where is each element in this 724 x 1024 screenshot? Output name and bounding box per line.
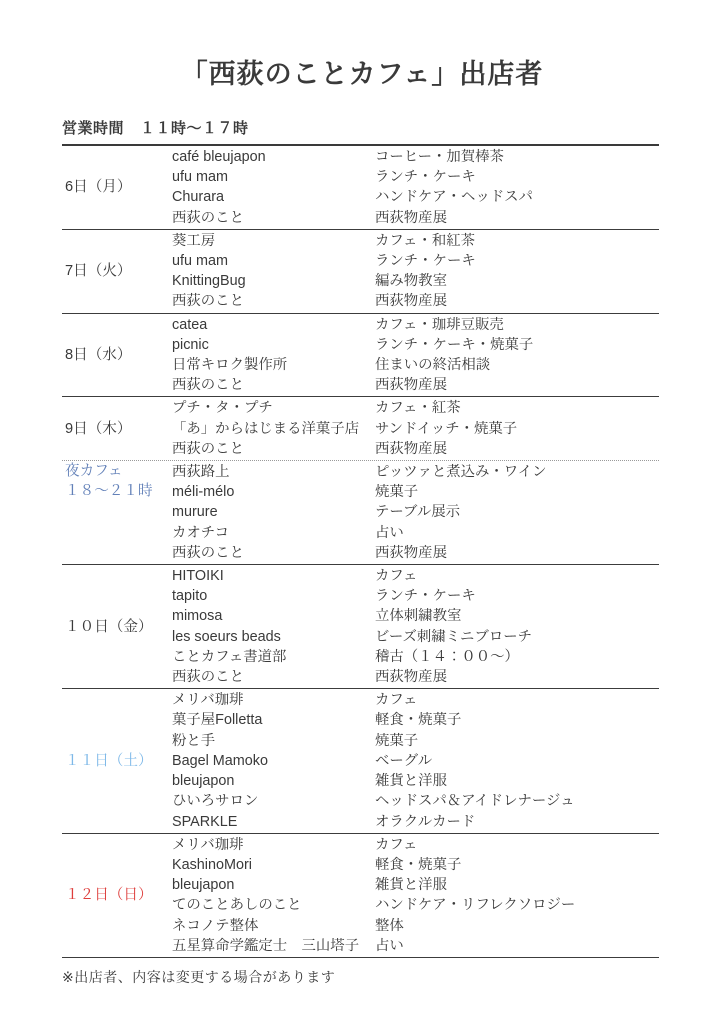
schedule-section-sun12: １２日（日） メリバ珈琲 カフェ KashinoMori 軽食・焼菓子 bleu… (62, 834, 659, 958)
vendor-row: ひいろサロン ヘッドスパ＆アイドレナージュ (172, 791, 659, 811)
vendor-row: café bleujapon コーヒー・加賀棒茶 (172, 147, 659, 167)
schedule-section-thu9: 9日（木） プチ・タ・プチ カフェ・紅茶 「あ」からはじまる洋菓子店 サンドイッ… (62, 397, 659, 461)
vendor-rows: catea カフェ・珈琲豆販売 picnic ランチ・ケーキ・焼菓子 日常キロク… (172, 314, 659, 397)
vendor-name: KnittingBug (172, 271, 375, 291)
date-label: 9日（木） (62, 419, 172, 439)
vendor-row: HITOIKI カフェ (172, 566, 659, 586)
vendor-row: 西荻路上 ピッツァと煮込み・ワイン (172, 462, 659, 482)
hours-label: 営業時間 (62, 120, 124, 137)
vendor-row: 西荻のこと 西荻物産展 (172, 667, 659, 687)
vendor-row: てのことあしのこと ハンドケア・リフレクソロジー (172, 895, 659, 915)
vendor-offering: ビーズ刺繍ミニブローチ (375, 627, 659, 647)
vendor-rows: メリバ珈琲 カフェ 菓子屋Folletta 軽食・焼菓子 粉と手 焼菓子 Bag… (172, 689, 659, 832)
vendor-offering: 編み物教室 (375, 271, 659, 291)
vendor-row: mimosa 立体刺繍教室 (172, 606, 659, 626)
vendor-name: 西荻のこと (172, 439, 375, 459)
vendor-offering: 西荻物産展 (375, 439, 659, 459)
vendor-row: murure テーブル展示 (172, 502, 659, 522)
date-cell: 7日（火） (62, 230, 172, 313)
date-cell: 8日（水） (62, 314, 172, 397)
date-label: １２日（日） (62, 885, 172, 905)
vendor-name: 西荻のこと (172, 291, 375, 311)
vendor-name: ufu mam (172, 167, 375, 187)
page-title: 「西荻のことカフェ」出店者 (0, 0, 724, 91)
vendor-name: カオチコ (172, 523, 375, 543)
vendor-offering: ランチ・ケーキ・焼菓子 (375, 335, 659, 355)
vendor-name: HITOIKI (172, 566, 375, 586)
vendor-name: てのことあしのこと (172, 895, 375, 915)
vendor-name: 西荻のこと (172, 543, 375, 563)
vendor-name: 日常キロク製作所 (172, 355, 375, 375)
date-cell: 夜カフェ １８～２１時 (62, 461, 172, 564)
vendor-name: ufu mam (172, 251, 375, 271)
vendor-row: ことカフェ書道部 稽古（１４：００～） (172, 647, 659, 667)
vendor-row: ufu mam ランチ・ケーキ (172, 167, 659, 187)
date-label: 7日（火） (62, 261, 172, 281)
vendor-row: 日常キロク製作所 住まいの終活相談 (172, 355, 659, 375)
schedule-section-mon6: 6日（月） café bleujapon コーヒー・加賀棒茶 ufu mam ラ… (62, 146, 659, 230)
vendor-offering: カフェ (375, 566, 659, 586)
vendor-row: 西荻のこと 西荻物産展 (172, 291, 659, 311)
vendor-name: 西荻路上 (172, 462, 375, 482)
flyer-page: 「西荻のことカフェ」出店者 営業時間１１時～１７時 6日（月） café ble… (0, 0, 724, 1024)
vendor-name: SPARKLE (172, 812, 375, 832)
vendor-offering: サンドイッチ・焼菓子 (375, 419, 659, 439)
vendor-offering: カフェ (375, 835, 659, 855)
vendor-name: bleujapon (172, 875, 375, 895)
vendor-offering: ランチ・ケーキ (375, 251, 659, 271)
vendor-offering: コーヒー・加賀棒茶 (375, 147, 659, 167)
vendor-row: 葵工房 カフェ・和紅茶 (172, 231, 659, 251)
vendor-offering: 西荻物産展 (375, 375, 659, 395)
vendor-offering: 住まいの終活相談 (375, 355, 659, 375)
date-cell: １１日（土） (62, 689, 172, 832)
schedule-section-tue7: 7日（火） 葵工房 カフェ・和紅茶 ufu mam ランチ・ケーキ Knitti… (62, 230, 659, 314)
vendor-row: プチ・タ・プチ カフェ・紅茶 (172, 398, 659, 418)
schedule-section-night-cafe: 夜カフェ １８～２１時 西荻路上 ピッツァと煮込み・ワイン méli-mélo … (62, 461, 659, 565)
vendor-offering: ヘッドスパ＆アイドレナージュ (375, 791, 659, 811)
vendor-offering: 雑貨と洋服 (375, 875, 659, 895)
vendor-name: les soeurs beads (172, 627, 375, 647)
date-label: １０日（金） (62, 617, 172, 637)
schedule-section-sat11: １１日（土） メリバ珈琲 カフェ 菓子屋Folletta 軽食・焼菓子 粉と手 … (62, 689, 659, 833)
vendor-offering: ハンドケア・ヘッドスパ (375, 187, 659, 207)
vendor-offering: 雑貨と洋服 (375, 771, 659, 791)
date-label: 6日（月） (62, 177, 172, 197)
vendor-row: catea カフェ・珈琲豆販売 (172, 315, 659, 335)
vendor-name: メリバ珈琲 (172, 835, 375, 855)
vendor-offering: 軽食・焼菓子 (375, 710, 659, 730)
vendor-offering: ピッツァと煮込み・ワイン (375, 462, 659, 482)
vendor-row: SPARKLE オラクルカード (172, 812, 659, 832)
vendor-offering: 軽食・焼菓子 (375, 855, 659, 875)
vendor-name: méli-mélo (172, 482, 375, 502)
vendor-name: picnic (172, 335, 375, 355)
vendor-name: 西荻のこと (172, 667, 375, 687)
vendor-row: Churara ハンドケア・ヘッドスパ (172, 187, 659, 207)
vendor-row: 西荻のこと 西荻物産展 (172, 439, 659, 459)
vendor-row: bleujapon 雑貨と洋服 (172, 771, 659, 791)
vendor-offering: ハンドケア・リフレクソロジー (375, 895, 659, 915)
date-cell: 9日（木） (62, 397, 172, 460)
vendor-row: メリバ珈琲 カフェ (172, 690, 659, 710)
hours-value: １１時～１７時 (140, 120, 249, 137)
date-label: 8日（水） (62, 345, 172, 365)
vendor-row: 五星算命学鑑定士 三山塔子 占い (172, 936, 659, 956)
vendor-name: catea (172, 315, 375, 335)
vendor-row: bleujapon 雑貨と洋服 (172, 875, 659, 895)
vendor-offering: 西荻物産展 (375, 208, 659, 228)
vendor-name: Churara (172, 187, 375, 207)
vendor-name: 菓子屋Folletta (172, 710, 375, 730)
vendor-offering: カフェ・珈琲豆販売 (375, 315, 659, 335)
vendor-offering: 西荻物産展 (375, 291, 659, 311)
vendor-name: メリバ珈琲 (172, 690, 375, 710)
date-label: 夜カフェ (62, 461, 172, 481)
vendor-name: プチ・タ・プチ (172, 398, 375, 418)
vendor-row: KashinoMori 軽食・焼菓子 (172, 855, 659, 875)
vendor-offering: 占い (375, 523, 659, 543)
vendor-row: 粉と手 焼菓子 (172, 731, 659, 751)
vendor-offering: 整体 (375, 916, 659, 936)
vendor-offering: オラクルカード (375, 812, 659, 832)
vendor-offering: ランチ・ケーキ (375, 586, 659, 606)
vendor-offering: ベーグル (375, 751, 659, 771)
vendor-offering: 焼菓子 (375, 731, 659, 751)
business-hours-header: 営業時間１１時～１７時 (62, 117, 659, 146)
vendor-row: メリバ珈琲 カフェ (172, 835, 659, 855)
vendor-name: murure (172, 502, 375, 522)
vendor-row: ネコノテ整体 整体 (172, 916, 659, 936)
vendor-offering: 西荻物産展 (375, 667, 659, 687)
vendor-offering: テーブル展示 (375, 502, 659, 522)
vendor-offering: カフェ (375, 690, 659, 710)
vendor-name: Bagel Mamoko (172, 751, 375, 771)
vendor-row: KnittingBug 編み物教室 (172, 271, 659, 291)
date-cell: １２日（日） (62, 834, 172, 957)
vendor-row: picnic ランチ・ケーキ・焼菓子 (172, 335, 659, 355)
vendor-offering: 立体刺繍教室 (375, 606, 659, 626)
schedule-section-wed8: 8日（水） catea カフェ・珈琲豆販売 picnic ランチ・ケーキ・焼菓子… (62, 314, 659, 398)
vendor-row: 西荻のこと 西荻物産展 (172, 543, 659, 563)
vendor-name: mimosa (172, 606, 375, 626)
vendor-row: méli-mélo 焼菓子 (172, 482, 659, 502)
vendor-row: Bagel Mamoko ベーグル (172, 751, 659, 771)
vendor-rows: HITOIKI カフェ tapito ランチ・ケーキ mimosa 立体刺繍教室… (172, 565, 659, 688)
vendor-rows: 葵工房 カフェ・和紅茶 ufu mam ランチ・ケーキ KnittingBug … (172, 230, 659, 313)
vendor-name: ひいろサロン (172, 791, 375, 811)
vendor-name: bleujapon (172, 771, 375, 791)
vendor-offering: 焼菓子 (375, 482, 659, 502)
vendor-name: ことカフェ書道部 (172, 647, 375, 667)
vendor-name: 西荻のこと (172, 208, 375, 228)
vendor-name: KashinoMori (172, 855, 375, 875)
vendor-rows: café bleujapon コーヒー・加賀棒茶 ufu mam ランチ・ケーキ… (172, 146, 659, 229)
vendor-rows: メリバ珈琲 カフェ KashinoMori 軽食・焼菓子 bleujapon 雑… (172, 834, 659, 957)
vendor-name: 西荻のこと (172, 375, 375, 395)
vendor-offering: カフェ・紅茶 (375, 398, 659, 418)
footer-note: ※出店者、内容は変更する場合があります (62, 967, 724, 987)
vendor-row: 西荻のこと 西荻物産展 (172, 375, 659, 395)
vendor-rows: プチ・タ・プチ カフェ・紅茶 「あ」からはじまる洋菓子店 サンドイッチ・焼菓子 … (172, 397, 659, 460)
vendor-offering: 稽古（１４：００～） (375, 647, 659, 667)
vendor-name: café bleujapon (172, 147, 375, 167)
vendor-offering: カフェ・和紅茶 (375, 231, 659, 251)
vendor-name: 葵工房 (172, 231, 375, 251)
vendor-name: ネコノテ整体 (172, 916, 375, 936)
vendor-name: 粉と手 (172, 731, 375, 751)
vendor-offering: ランチ・ケーキ (375, 167, 659, 187)
date-label: １１日（土） (62, 751, 172, 771)
vendor-row: 「あ」からはじまる洋菓子店 サンドイッチ・焼菓子 (172, 419, 659, 439)
date-cell: 6日（月） (62, 146, 172, 229)
date-cell: １０日（金） (62, 565, 172, 688)
vendor-name: 五星算命学鑑定士 三山塔子 (172, 936, 375, 956)
vendor-row: 菓子屋Folletta 軽食・焼菓子 (172, 710, 659, 730)
vendor-row: カオチコ 占い (172, 523, 659, 543)
vendor-offering: 占い (375, 936, 659, 956)
vendor-row: les soeurs beads ビーズ刺繍ミニブローチ (172, 627, 659, 647)
vendor-rows: 西荻路上 ピッツァと煮込み・ワイン méli-mélo 焼菓子 murure テ… (172, 461, 659, 564)
vendor-offering: 西荻物産展 (375, 543, 659, 563)
vendor-row: 西荻のこと 西荻物産展 (172, 208, 659, 228)
schedule-section-fri10: １０日（金） HITOIKI カフェ tapito ランチ・ケーキ mimosa… (62, 565, 659, 689)
vendor-row: ufu mam ランチ・ケーキ (172, 251, 659, 271)
schedule-table: 営業時間１１時～１７時 6日（月） café bleujapon コーヒー・加賀… (62, 117, 659, 958)
vendor-row: tapito ランチ・ケーキ (172, 586, 659, 606)
date-time-label: １８～２１時 (62, 481, 172, 501)
vendor-name: tapito (172, 586, 375, 606)
vendor-name: 「あ」からはじまる洋菓子店 (172, 419, 375, 439)
